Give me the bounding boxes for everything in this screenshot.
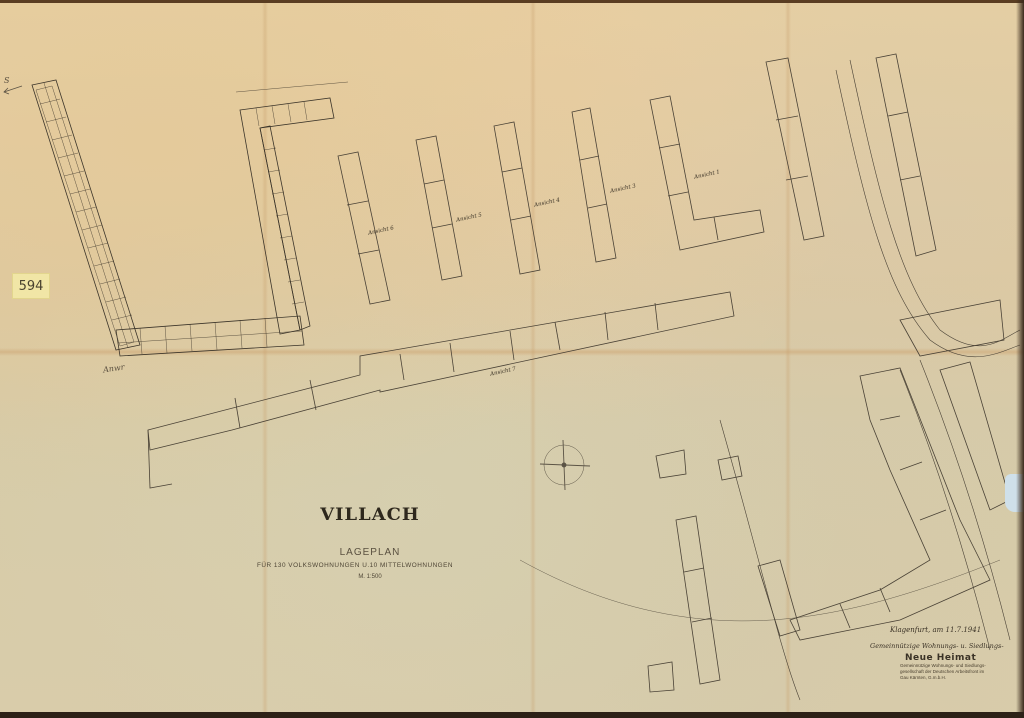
small-building-c	[648, 662, 674, 692]
stamp-company: Neue Heimat	[905, 653, 1020, 663]
arrow-icon	[4, 86, 22, 94]
blueprint-sheet: S Anwr Ansicht 6 Ansicht 5 Ansicht 4 Ans…	[0, 0, 1024, 718]
building-right-block	[766, 54, 936, 256]
sheet-edge-right	[1016, 0, 1024, 718]
building-right-bend	[790, 300, 1010, 640]
building-ansicht-7	[148, 292, 734, 488]
building-ansicht-3	[572, 108, 616, 262]
plan-title: LAGEPLAN	[250, 547, 490, 558]
site-plan-drawing	[0, 0, 1024, 718]
small-building-a	[656, 450, 686, 478]
compass-rose-icon	[540, 440, 590, 490]
stamp-detail: Gau Kärnten, G.m.b.H.	[900, 675, 1020, 681]
company-stamp: Klagenfurt, am 11.7.1941 Gemeinnützige W…	[870, 626, 1020, 681]
building-left-wing	[32, 80, 140, 350]
archive-tag: 594	[12, 273, 50, 299]
building-lower-center	[676, 516, 800, 684]
building-bottom-connector	[116, 316, 304, 356]
stamp-date: Klagenfurt, am 11.7.1941	[890, 626, 1020, 634]
city-title: VILLACH	[244, 505, 496, 525]
building-second-l	[236, 82, 348, 334]
plan-scale: M. 1:500	[250, 574, 490, 580]
sheet-edge-bottom	[0, 712, 1024, 718]
small-building-b	[718, 456, 742, 480]
plan-subtitle: FÜR 130 VOLKSWOHNUNGEN U.10 MITTELWOHNUN…	[220, 562, 490, 569]
building-ansicht-5	[416, 136, 462, 280]
north-marker: S	[4, 76, 9, 85]
building-ansicht-4	[494, 122, 540, 274]
sheet-edge-top	[0, 0, 1024, 3]
stamp-firm: Gemeinnützige Wohnungs- u. Siedlungs-	[870, 642, 1020, 650]
title-block: VILLACH LAGEPLAN FÜR 130 VOLKSWOHNUNGEN …	[250, 505, 490, 580]
